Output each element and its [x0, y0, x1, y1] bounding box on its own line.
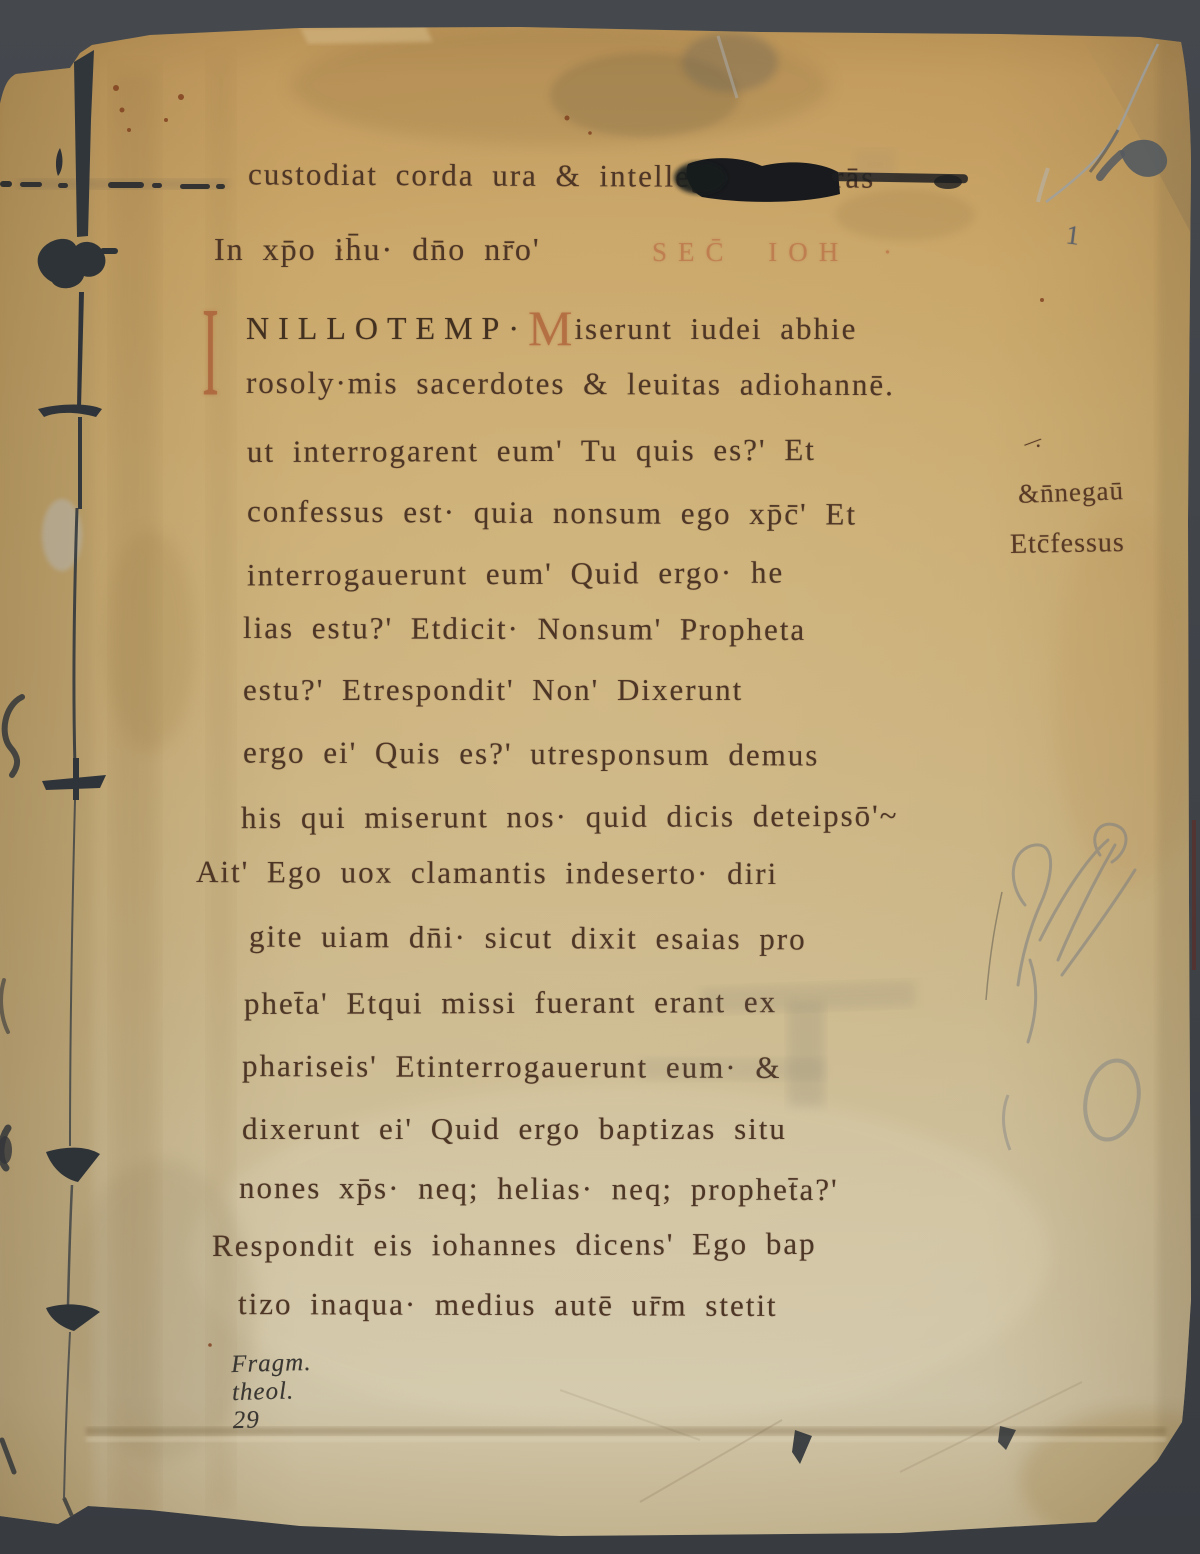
graphite-oval-mark [1078, 1055, 1145, 1144]
graphite-scribble [1013, 824, 1135, 1042]
show-through-smudges [640, 150, 916, 1107]
overlay-marks [0, 0, 1200, 1554]
adjacent-leaf-edge [1192, 820, 1196, 970]
ink-blot [674, 158, 968, 202]
manuscript-photo: custodiat corda ura & intellegencias urā… [0, 0, 1200, 1554]
